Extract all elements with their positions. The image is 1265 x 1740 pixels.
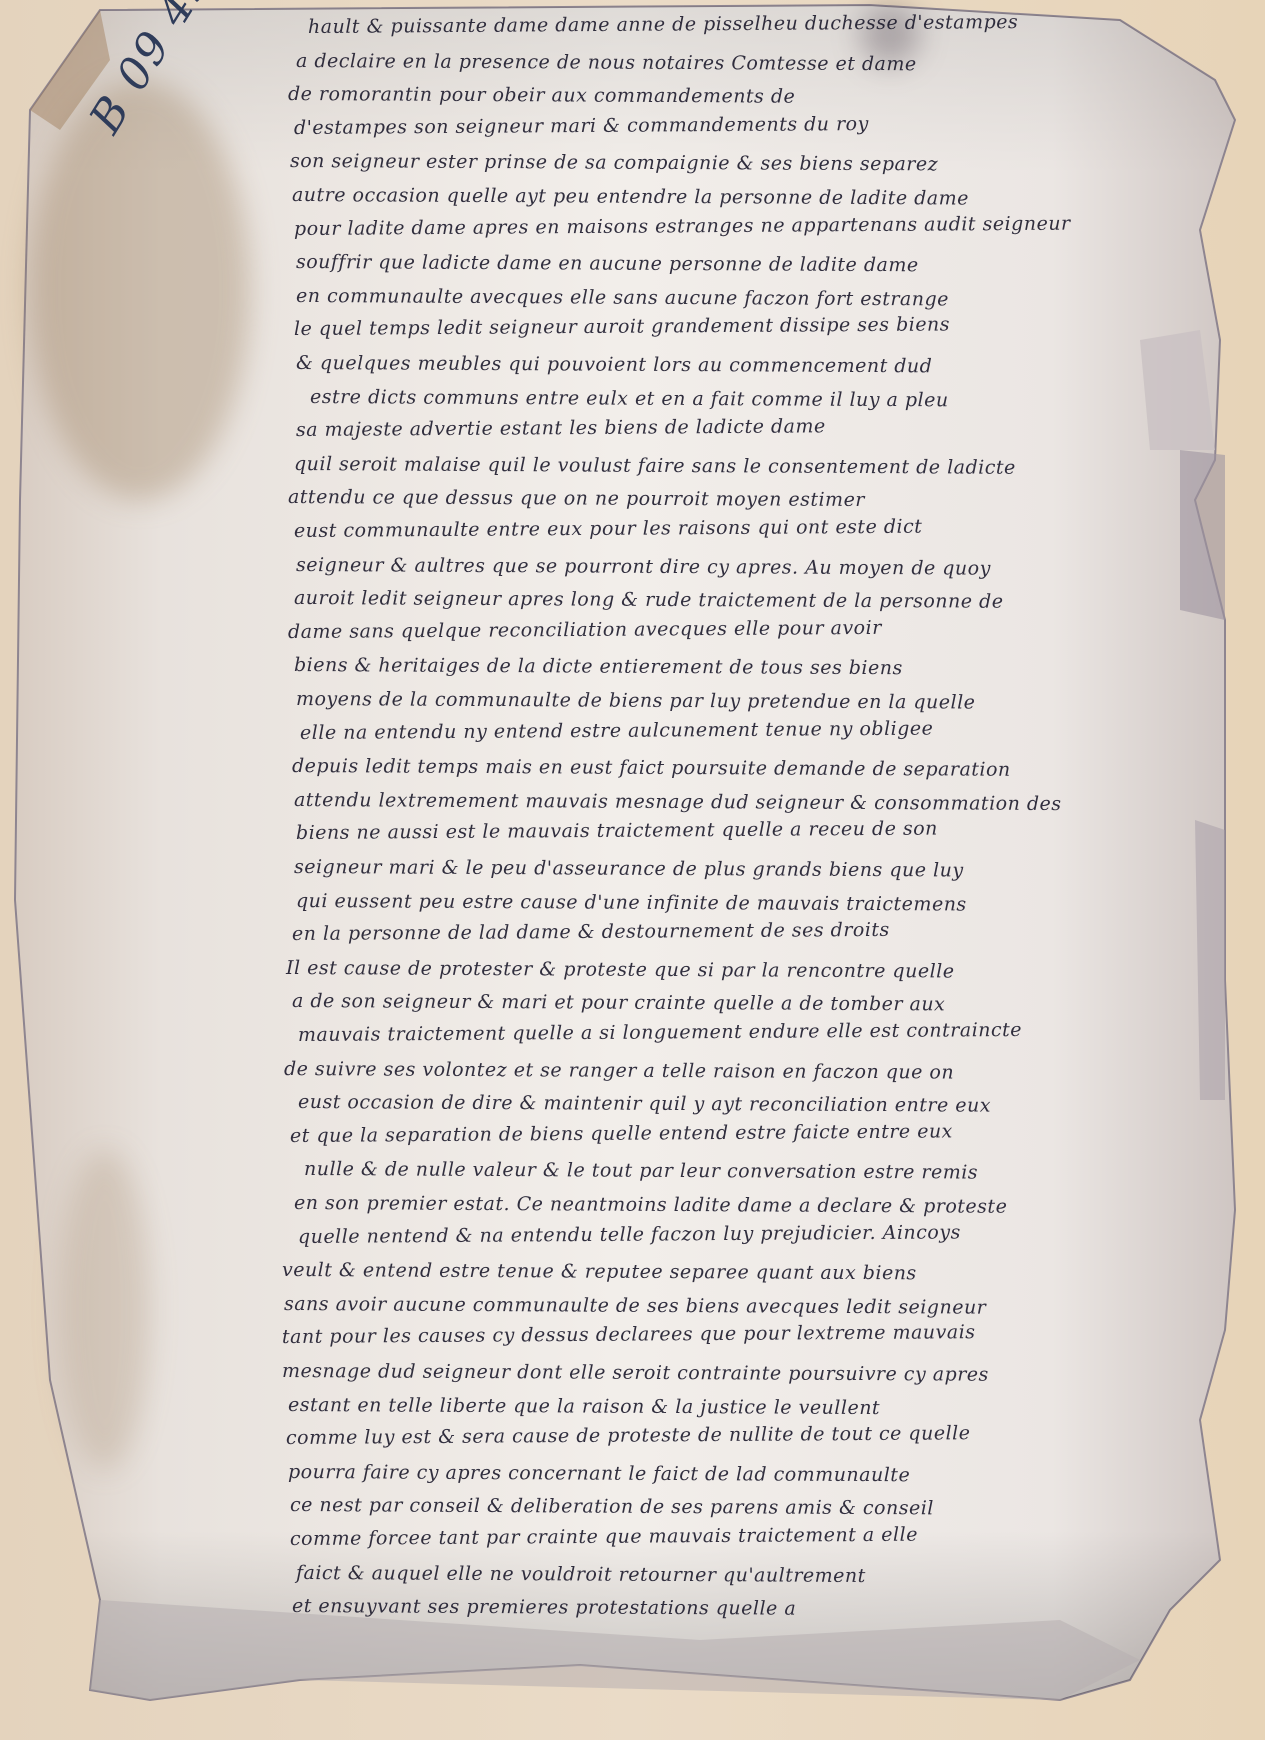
manuscript-line: et ensuyvant ses premieres protestations… <box>292 1595 796 1620</box>
manuscript-line: eust occasion de dire & maintenir quil y… <box>298 1091 991 1117</box>
manuscript-line: seigneur & aultres que se pourront dire … <box>296 554 991 580</box>
manuscript-line: veult & entend estre tenue & reputee sep… <box>282 1259 917 1284</box>
manuscript-line: de romorantin pour obeir aux commandemen… <box>288 83 795 108</box>
manuscript-line: estre dicts communs entre eulx et en a f… <box>310 386 949 411</box>
manuscript-line: attendu ce que dessus que on ne pourroit… <box>288 486 865 511</box>
manuscript-line: seigneur mari & le peu d'asseurance de p… <box>294 856 964 882</box>
manuscript-line: de suivre ses volontez et se ranger a te… <box>284 1058 954 1084</box>
manuscript-line: en son premier estat. Ce neantmoins ladi… <box>294 1192 1007 1218</box>
manuscript-line: sans avoir aucune communaulte de ses bie… <box>284 1293 986 1319</box>
manuscript-line: d'estampes son seigneur mari & commandem… <box>294 113 869 139</box>
water-stain <box>60 1150 150 1470</box>
manuscript-line: a declaire en la presence de nous notair… <box>296 50 917 75</box>
manuscript-line: et que la separation de biens quelle ent… <box>290 1120 953 1147</box>
manuscript-page: B 09 49 hault & puissante dame dame anne… <box>0 0 1265 1740</box>
manuscript-line: en la personne de lad dame & destourneme… <box>292 919 890 945</box>
manuscript-line: souffrir que ladicte dame en aucune pers… <box>296 251 919 276</box>
manuscript-line: Il est cause de protester & proteste que… <box>286 957 955 983</box>
manuscript-line: moyens de la communaulte de biens par lu… <box>296 688 976 714</box>
manuscript-line: & quelques meubles qui pouvoient lors au… <box>296 352 932 377</box>
manuscript-line: attendu lextremement mauvais mesnage dud… <box>294 789 1062 815</box>
manuscript-line: elle na entendu ny entend estre aulcunem… <box>300 717 933 743</box>
manuscript-line: quil seroit malaise quil le voulust fair… <box>294 453 1016 479</box>
manuscript-line: depuis ledit temps mais en eust faict po… <box>292 755 1011 781</box>
manuscript-line: sa majeste advertie estant les biens de … <box>296 415 826 441</box>
manuscript-line: quelle nentend & na entendu telle faczon… <box>298 1221 961 1248</box>
manuscript-line: auroit ledit seigneur apres long & rude … <box>294 587 1004 613</box>
manuscript-line: ce nest par conseil & deliberation de se… <box>290 1494 934 1519</box>
manuscript-line: eust communaulte entre eux pour les rais… <box>294 516 922 542</box>
manuscript-line: dame sans quelque reconciliation avecque… <box>288 617 882 643</box>
manuscript-line: comme forcee tant par crainte que mauvai… <box>290 1524 918 1550</box>
manuscript-line: faict & auquel elle ne vouldroit retourn… <box>296 1562 866 1587</box>
manuscript-line: nulle & de nulle valeur & le tout par le… <box>304 1158 978 1184</box>
manuscript-line: autre occasion quelle ayt peu entendre l… <box>292 184 969 210</box>
manuscript-line: estant en telle liberte que la raison & … <box>288 1394 880 1419</box>
manuscript-line: en communaulte avecques elle sans aucune… <box>296 285 949 310</box>
manuscript-line: biens & heritaiges de la dicte entiereme… <box>294 654 903 679</box>
water-stain <box>30 80 250 500</box>
manuscript-line: pourra faire cy apres concernant le faic… <box>288 1461 910 1486</box>
manuscript-line: a de son seigneur & mari et pour crainte… <box>292 990 945 1015</box>
manuscript-line: qui eussent peu estre cause d'une infini… <box>296 890 967 916</box>
manuscript-line: mesnage dud seigneur dont elle seroit co… <box>282 1360 989 1386</box>
manuscript-line: son seigneur ester prinse de sa compaign… <box>290 150 938 175</box>
